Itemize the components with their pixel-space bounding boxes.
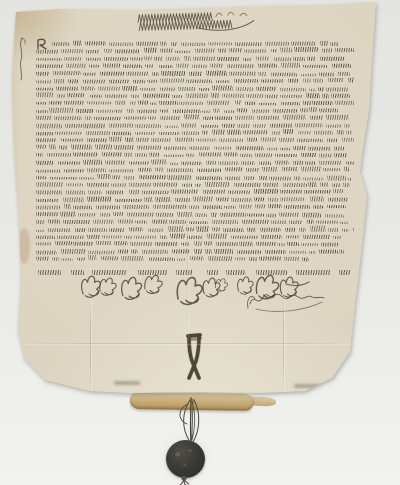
illegible-word	[112, 175, 120, 179]
curl-shadow	[294, 384, 324, 388]
illegible-word	[36, 257, 49, 261]
illegible-word	[302, 258, 309, 262]
curl-shadow	[114, 381, 140, 385]
illegible-word	[234, 79, 258, 83]
illegible-word	[313, 206, 323, 210]
illegible-word	[85, 42, 107, 46]
illegible-word	[313, 79, 323, 83]
manuscript-line	[36, 254, 354, 262]
illegible-word	[73, 242, 93, 246]
illegible-word	[343, 167, 348, 173]
notary-mark	[202, 277, 221, 297]
sealing-ribbon	[181, 331, 207, 385]
illegible-word	[204, 242, 214, 246]
illegible-word	[262, 167, 279, 173]
illegible-word	[335, 49, 354, 53]
illegible-word	[160, 79, 185, 83]
fold-crease-horizontal	[24, 343, 352, 344]
illegible-word	[279, 139, 294, 143]
illegible-word	[109, 123, 133, 127]
manuscript-line	[36, 61, 354, 69]
calligraphic-heading	[136, 7, 261, 36]
margin-flourish-mark	[14, 36, 30, 82]
illegible-word	[328, 78, 344, 82]
manuscript-line	[36, 217, 354, 225]
fold-crease-vertical	[187, 40, 188, 340]
illegible-word	[113, 212, 125, 216]
illegible-word	[309, 107, 316, 113]
illegible-word	[319, 250, 338, 254]
notary-mark	[121, 277, 143, 300]
illegible-word	[347, 78, 354, 84]
illegible-word	[77, 258, 86, 261]
notary-mark	[177, 278, 202, 305]
illegible-word	[225, 168, 244, 172]
illegible-word	[199, 153, 222, 157]
illegible-word	[103, 64, 121, 68]
illegible-word	[310, 116, 323, 120]
illegible-word	[129, 227, 143, 231]
illegible-word	[303, 79, 311, 83]
illegible-word	[100, 72, 125, 76]
illegible-word	[148, 117, 156, 120]
dateline-word-cluster	[339, 270, 350, 276]
illegible-word	[139, 175, 166, 179]
illegible-word	[239, 205, 252, 209]
notary-mark	[144, 274, 163, 295]
illegible-word	[258, 64, 277, 68]
illegible-word	[181, 243, 191, 246]
illegible-word	[53, 71, 81, 75]
illegible-word	[342, 138, 354, 142]
illegible-word	[64, 101, 84, 105]
ink-smudge-stain	[18, 228, 30, 264]
illegible-word	[138, 168, 152, 172]
illegible-word	[283, 129, 294, 135]
illegible-word	[229, 49, 241, 53]
illegible-word	[52, 258, 60, 262]
illegible-word	[301, 167, 321, 173]
illegible-word	[326, 115, 349, 121]
illegible-word	[261, 138, 277, 142]
notary-mark	[99, 277, 117, 296]
illegible-word	[55, 242, 72, 246]
illegible-word	[339, 250, 344, 254]
fold-crease-vertical	[90, 300, 91, 392]
illegible-word	[283, 115, 306, 121]
illegible-word	[235, 116, 255, 120]
illegible-word	[73, 153, 97, 157]
illegible-word	[96, 242, 112, 246]
illegible-word	[155, 168, 164, 172]
illegible-word	[224, 153, 238, 157]
illegible-word	[288, 79, 298, 83]
illegible-word	[218, 49, 226, 53]
illegible-word	[333, 190, 343, 194]
signature-flourish	[246, 287, 328, 313]
illegible-word	[58, 161, 80, 164]
illegible-word	[212, 85, 233, 91]
illegible-word	[282, 167, 298, 171]
parchment-charter	[0, 0, 400, 485]
illegible-word	[327, 139, 338, 143]
illegible-word	[181, 123, 197, 127]
illegible-word	[235, 258, 246, 261]
illegible-word	[118, 220, 134, 224]
illegible-word	[129, 161, 149, 164]
illegible-word	[255, 205, 266, 209]
illegible-word	[327, 206, 346, 209]
illegible-word	[36, 103, 46, 106]
illegible-word	[303, 65, 327, 68]
illegible-word	[171, 190, 198, 194]
illegible-word	[193, 196, 213, 202]
illegible-word	[332, 64, 351, 68]
illegible-word	[114, 242, 128, 246]
illegible-word	[73, 40, 82, 46]
illegible-word	[281, 63, 300, 69]
illegible-word	[36, 161, 54, 165]
illegible-word	[61, 259, 73, 262]
illegible-word	[268, 205, 282, 209]
illegible-word	[310, 226, 326, 232]
dateline-word-cluster	[38, 270, 61, 276]
illegible-word	[271, 50, 278, 53]
illegible-word	[65, 124, 82, 128]
illegible-word	[88, 255, 97, 261]
illegible-word	[208, 256, 233, 262]
illegible-word	[196, 139, 217, 142]
illegible-word	[48, 220, 60, 224]
illegible-word	[83, 159, 102, 165]
illegible-word	[124, 117, 146, 120]
manuscript-text-block	[36, 39, 354, 264]
illegible-word	[249, 258, 257, 262]
illegible-word	[294, 47, 318, 53]
illegible-word	[280, 48, 292, 54]
illegible-word	[87, 102, 111, 105]
illegible-word	[195, 49, 215, 53]
illegible-word	[177, 259, 186, 262]
illegible-word	[36, 72, 49, 76]
illegible-word	[151, 159, 168, 165]
illegible-word	[149, 258, 175, 262]
illegible-word	[147, 80, 157, 83]
illegible-word	[284, 206, 310, 210]
manuscript-line	[36, 225, 354, 232]
illegible-word	[247, 138, 257, 142]
illegible-word	[145, 65, 154, 68]
illegible-word	[121, 256, 144, 262]
illegible-word	[102, 153, 122, 157]
illegible-word	[284, 257, 300, 261]
illegible-word	[224, 206, 236, 209]
notary-mark	[80, 275, 102, 298]
illegible-word	[135, 221, 147, 224]
illegible-word	[149, 153, 159, 157]
manuscript-line	[36, 113, 354, 121]
illegible-word	[101, 257, 118, 261]
illegible-word	[210, 64, 223, 68]
document-photograph	[0, 0, 400, 485]
illegible-word	[36, 116, 52, 120]
illegible-word	[235, 101, 241, 105]
illegible-word	[66, 184, 83, 187]
illegible-word	[36, 212, 58, 216]
illegible-word	[190, 257, 204, 261]
illegible-word	[323, 168, 340, 171]
illegible-word	[322, 49, 332, 53]
illegible-word	[175, 138, 195, 142]
illegible-word	[36, 145, 46, 149]
illegible-word	[212, 227, 220, 231]
illegible-word	[259, 257, 281, 261]
illegible-word	[97, 173, 110, 179]
illegible-word	[153, 205, 161, 209]
illegible-word	[160, 49, 174, 53]
illegible-word	[36, 243, 52, 246]
illegible-word	[144, 48, 157, 54]
illegible-word	[138, 101, 149, 105]
illegible-word	[87, 196, 112, 202]
illegible-word	[124, 153, 133, 157]
illegible-word	[246, 169, 260, 173]
parchment-shadow	[0, 0, 400, 485]
illegible-word	[115, 101, 126, 105]
illegible-word	[105, 160, 125, 164]
